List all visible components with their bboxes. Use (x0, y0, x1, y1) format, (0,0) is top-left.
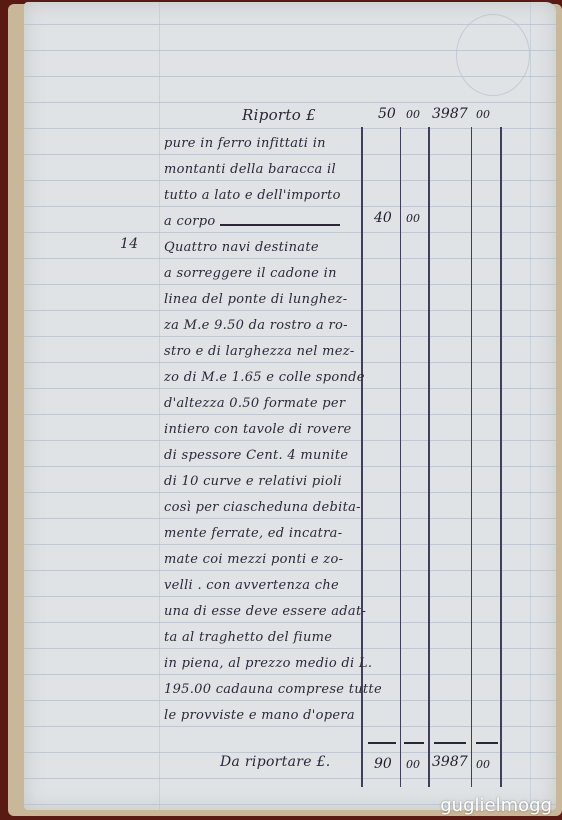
ruled-line (24, 414, 556, 415)
text-line: di 10 curve e relativi pioli (164, 474, 342, 489)
ruled-line (24, 596, 556, 597)
text-line: za M.e 9.50 da rostro a ro- (164, 318, 348, 333)
carried-forward-label: Riporto £ (242, 106, 316, 124)
left-margin-line (159, 2, 160, 810)
ruled-line (24, 778, 556, 779)
text-line: 195.00 cadauna comprese tutte (164, 682, 382, 697)
ruled-line (24, 102, 556, 103)
carried-cent: 00 (406, 108, 420, 121)
ruled-line (24, 726, 556, 727)
column-divider (400, 127, 401, 787)
sum-line (476, 742, 498, 744)
ruled-line (24, 492, 556, 493)
ruled-line (24, 128, 556, 129)
column-divider (500, 127, 502, 787)
ledger-page: Riporto £ 50 00 3987 00 pure in ferro in… (24, 2, 556, 810)
ruled-line (24, 284, 556, 285)
ruled-line (24, 648, 556, 649)
text-line: zo di M.e 1.65 e colle sponde (164, 370, 365, 385)
ruled-line (24, 518, 556, 519)
ruled-line (24, 700, 556, 701)
watermark: guglielmogg (440, 795, 552, 816)
ruled-line (24, 206, 556, 207)
ruled-line (24, 362, 556, 363)
text-line: tutto a lato e dell'importo (164, 188, 341, 203)
ruled-line (24, 232, 556, 233)
footer-total-cent: 00 (476, 758, 490, 771)
ruled-line (24, 24, 556, 25)
ruled-line (24, 50, 556, 51)
ruled-line (24, 622, 556, 623)
footer-lire: 90 (374, 756, 392, 772)
ruled-line (24, 180, 556, 181)
carried-lire: 50 (378, 106, 396, 122)
text-line: mate coi mezzi ponti e zo- (164, 552, 343, 567)
ruled-line (24, 154, 556, 155)
ruled-line (24, 258, 556, 259)
sum-line (404, 742, 424, 744)
sum-line (368, 742, 396, 744)
text-line: intiero con tavole di rovere (164, 422, 352, 437)
footer-total-lire: 3987 (432, 754, 468, 770)
text-line: pure in ferro infittati in (164, 136, 326, 151)
column-divider (471, 127, 472, 787)
ruled-line (24, 388, 556, 389)
text-line: così per ciascheduna debita- (164, 500, 361, 515)
item-number: 14 (120, 236, 138, 252)
ruled-line (24, 336, 556, 337)
ruled-line (24, 674, 556, 675)
ruled-line (24, 310, 556, 311)
column-divider (428, 127, 430, 787)
ruled-line (24, 466, 556, 467)
total-lire: 3987 (432, 106, 468, 122)
text-line: in piena, al prezzo medio di L. (164, 656, 372, 671)
text-line: ta al traghetto del fiume (164, 630, 332, 645)
to-carry-label: Da riportare £. (220, 754, 331, 770)
fill-line (220, 224, 340, 226)
text-line: montanti della baracca il (164, 162, 336, 177)
footer-cent: 00 (406, 758, 420, 771)
embossed-stamp (456, 14, 530, 96)
text-line: velli . con avvertenza che (164, 578, 339, 593)
text-line: a sorreggere il cadone in (164, 266, 337, 281)
ruled-line (24, 440, 556, 441)
right-margin-line (530, 2, 531, 810)
ruled-line (24, 76, 556, 77)
text-line: stro e di larghezza nel mez- (164, 344, 355, 359)
text-line: Quattro navi destinate (164, 240, 319, 255)
ruled-line (24, 544, 556, 545)
ruled-line (24, 752, 556, 753)
total-cent: 00 (476, 108, 490, 121)
text-line: di spessore Cent. 4 munite (164, 448, 348, 463)
sum-line (434, 742, 466, 744)
entry-lire: 40 (374, 210, 392, 226)
entry-cent: 00 (406, 212, 420, 225)
text-line: d'altezza 0.50 formate per (164, 396, 345, 411)
text-line: le provviste e mano d'opera (164, 708, 355, 723)
text-line: mente ferrate, ed incatra- (164, 526, 342, 541)
text-line: una di esse deve essere adat- (164, 604, 366, 619)
text-line: a corpo (164, 214, 215, 229)
ruled-line (24, 570, 556, 571)
text-line: linea del ponte di lunghez- (164, 292, 347, 307)
